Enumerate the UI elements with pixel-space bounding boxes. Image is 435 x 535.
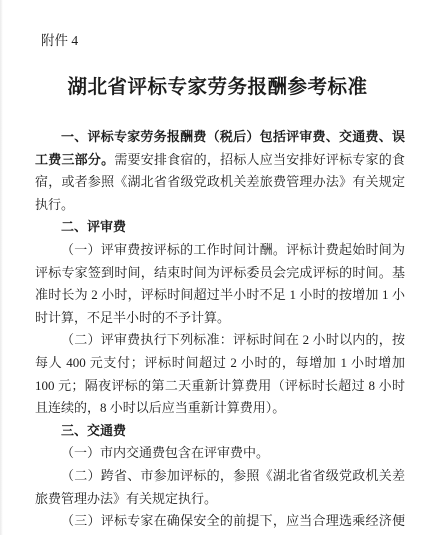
document-line: （二）评审费执行下列标准：评标时间在 2 小时以内的，按 [35, 329, 405, 352]
document-text: 且连续的，8 小时以后应当重新计算费用）。 [35, 400, 285, 415]
document-text: （二）评审费执行下列标准：评标时间在 2 小时以内的，按 [61, 332, 405, 347]
document-text: 准时长为 2 小时，评标时间超过半小时不足 1 小时的按增加 1 小 [35, 287, 405, 302]
document-text: （三）评标专家在确保安全的前提下，应当合理选乘经济便 [61, 513, 405, 528]
document-text: 需要安排食宿的，招标人应当安排好评标专家的食 [114, 152, 405, 167]
document-line: 三、交通费 [35, 420, 405, 443]
document-line: （三）评标专家在确保安全的前提下，应当合理选乘经济便 [35, 510, 405, 533]
document-text: （一）评审费按评标的工作时间计酬。评标计费起始时间为 [61, 242, 405, 257]
document-line: 时计算，不足半小时的不予计算。 [35, 307, 405, 330]
document-text: 执行。 [35, 197, 74, 212]
document-text: 时计算，不足半小时的不予计算。 [35, 310, 230, 325]
document-text-bold: 工费三部分。 [35, 152, 114, 167]
document-line: 每人 400 元支付；评标时间超过 2 小时的，每增加 1 小时增加 [35, 352, 405, 375]
document-text: 100 元；隔夜评标的第二天重新计算费用（评标时长超过 8 小时 [35, 378, 405, 393]
document-text: 旅费管理办法》有关规定执行。 [35, 491, 217, 506]
document-text-bold: 三、交通费 [61, 423, 126, 438]
document-text: 宿，或者参照《湖北省省级党政机关差旅费管理办法》有关规定 [35, 174, 405, 189]
document-line: 执行。 [35, 194, 405, 217]
document-line: 评标专家签到时间，结束时间为评标委员会完成评标的时间。基 [35, 262, 405, 285]
document-line: 一、评标专家劳务报酬费（税后）包括评审费、交通费、误 [35, 126, 405, 149]
document-text: 评标专家签到时间，结束时间为评标委员会完成评标的时间。基 [35, 265, 405, 280]
document-line: （一）市内交通费包含在评审费中。 [35, 442, 405, 465]
document-text: （二）跨省、市参加评标的，参照《湖北省省级党政机关差 [61, 468, 405, 483]
document-page: 附件 4 湖北省评标专家劳务报酬参考标准 一、评标专家劳务报酬费（税后）包括评审… [0, 0, 435, 535]
document-text-bold: 一、评标专家劳务报酬费（税后）包括评审费、交通费、误 [61, 129, 405, 144]
document-line: 100 元；隔夜评标的第二天重新计算费用（评标时长超过 8 小时 [35, 375, 405, 398]
document-line: 工费三部分。需要安排食宿的，招标人应当安排好评标专家的食 [35, 149, 405, 172]
document-line: 二、评审费 [35, 216, 405, 239]
document-text: （一）市内交通费包含在评审费中。 [61, 445, 269, 460]
document-line: 宿，或者参照《湖北省省级党政机关差旅费管理办法》有关规定 [35, 171, 405, 194]
document-text-bold: 二、评审费 [61, 219, 126, 234]
document-line: 且连续的，8 小时以后应当重新计算费用）。 [35, 397, 405, 420]
document-title: 湖北省评标专家劳务报酬参考标准 [0, 71, 435, 99]
document-line: （二）跨省、市参加评标的，参照《湖北省省级党政机关差 [35, 465, 405, 488]
document-text: 每人 400 元支付；评标时间超过 2 小时的，每增加 1 小时增加 [35, 355, 405, 370]
document-line: 旅费管理办法》有关规定执行。 [35, 488, 405, 511]
attachment-label: 附件 4 [41, 33, 78, 49]
document-body: 一、评标专家劳务报酬费（税后）包括评审费、交通费、误工费三部分。需要安排食宿的，… [35, 126, 405, 533]
document-line: 准时长为 2 小时，评标时间超过半小时不足 1 小时的按增加 1 小 [35, 284, 405, 307]
document-line: （一）评审费按评标的工作时间计酬。评标计费起始时间为 [35, 239, 405, 262]
